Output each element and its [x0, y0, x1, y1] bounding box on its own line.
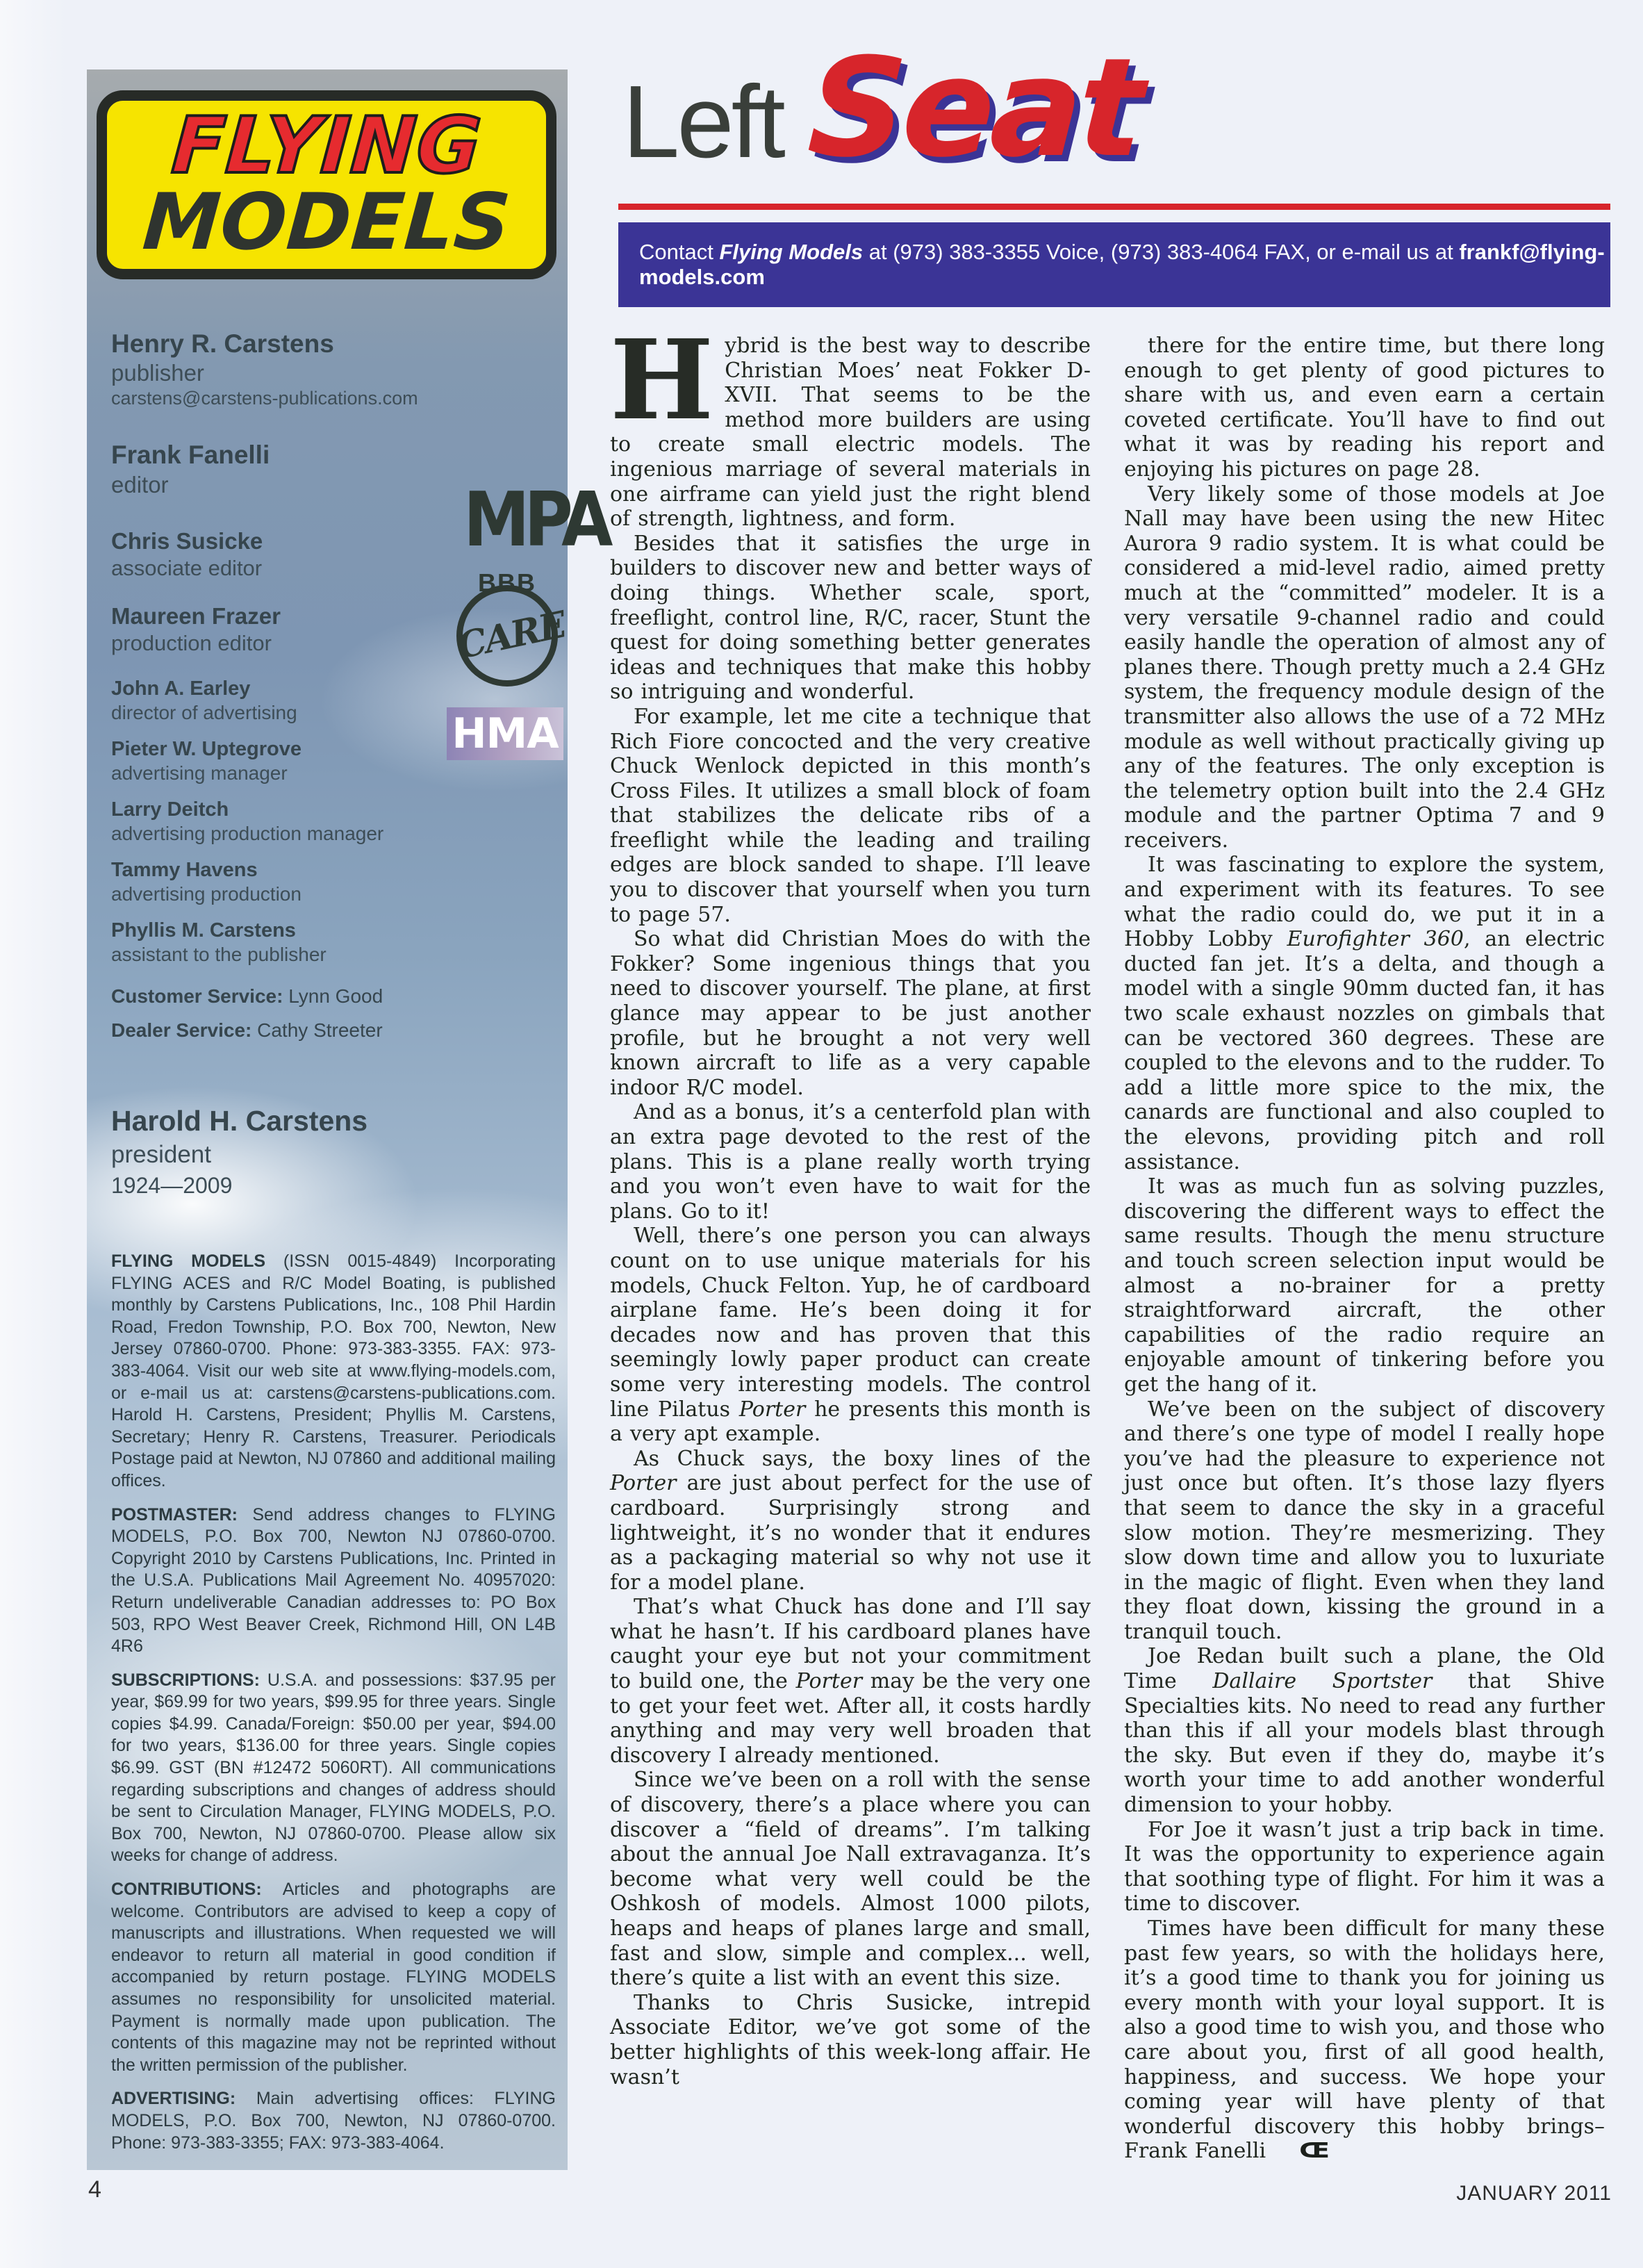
- service-line: Dealer Service: Cathy Streeter: [111, 1013, 459, 1047]
- issue-date: JANUARY 2011: [1456, 2182, 1612, 2205]
- staff-entry: Maureen Frazerproduction editor: [111, 602, 459, 656]
- staff-entry: John A. Earleydirector of advertising: [111, 677, 459, 725]
- fine-print-paragraph: ADVERTISING: Main advertising offices: F…: [111, 2088, 556, 2154]
- staff-name: Maureen Frazer: [111, 602, 459, 630]
- staff-role: director of advertising: [111, 701, 459, 725]
- contact-text-segment: at (973) 383-3355 Voice, (973) 383-4064 …: [863, 240, 1459, 264]
- article-paragraph: Very likely some of those models at Joe …: [1124, 482, 1605, 853]
- title-word-seat: Seat: [805, 40, 1143, 176]
- article-paragraph: Thanks to Chris Susicke, intrepid Associ…: [610, 1991, 1091, 2089]
- article-paragraph: Times have been difficult for many these…: [1124, 1916, 1605, 2164]
- fine-print-paragraph: POSTMASTER: Send address changes to FLYI…: [111, 1504, 556, 1658]
- fine-print: FLYING MODELS (ISSN 0015-4849) Incorpora…: [111, 1251, 556, 2166]
- staff-role: editor: [111, 471, 459, 499]
- mpa-logo-icon: MPA: [463, 482, 607, 557]
- president-years: 1924—2009: [111, 1171, 368, 1201]
- staff-entry: Frank Fanellieditor: [111, 439, 459, 498]
- president-name: Harold H. Carstens: [111, 1103, 368, 1139]
- staff-entry: Tammy Havensadvertising production: [111, 858, 459, 906]
- end-mark-icon: Œ: [1270, 2141, 1328, 2162]
- article-paragraph: For example, let me cite a technique tha…: [610, 705, 1091, 927]
- article-paragraph: For Joe it wasn’t just a trip back in ti…: [1124, 1818, 1605, 1916]
- article-paragraph: As Chuck says, the boxy lines of the Por…: [610, 1447, 1091, 1595]
- staff-name: Pieter W. Uptegrove: [111, 737, 459, 762]
- service-label: Customer Service:: [111, 985, 288, 1007]
- flying-models-logo: FLYING MODELS: [97, 90, 556, 279]
- staff-role: associate editor: [111, 555, 459, 581]
- red-divider-rule: [618, 204, 1610, 210]
- article-paragraph: Joe Redan built such a plane, the Old Ti…: [1124, 1644, 1605, 1817]
- service-label: Dealer Service:: [111, 1019, 257, 1041]
- fine-print-lead: SUBSCRIPTIONS:: [111, 1670, 260, 1690]
- fine-print-lead: CONTRIBUTIONS:: [111, 1880, 262, 1899]
- staff-name: Chris Susicke: [111, 527, 459, 555]
- article-col-1: Hybrid is the best way to describe Chris…: [610, 334, 1091, 2089]
- article-paragraph: Since we’ve been on a roll with the sens…: [610, 1768, 1091, 1990]
- fine-print-lead: ADVERTISING:: [111, 2089, 236, 2108]
- president-role: president: [111, 1139, 368, 1171]
- staff-entry: Henry R. Carstenspublishercarstens@carst…: [111, 328, 459, 410]
- article-paragraph: It was as much fun as solving puzzles, d…: [1124, 1174, 1605, 1397]
- article-col-2: there for the entire time, but there lon…: [1124, 334, 1605, 2164]
- title-word-left: Left: [622, 71, 783, 174]
- article-paragraph: It was fascinating to explore the system…: [1124, 853, 1605, 1174]
- service-name: Lynn Good: [288, 985, 383, 1007]
- staff-role: advertising manager: [111, 762, 459, 785]
- staff-role: production editor: [111, 630, 459, 656]
- staff-entry: Pieter W. Uptegroveadvertising manager: [111, 737, 459, 785]
- article-paragraph: Hybrid is the best way to describe Chris…: [610, 334, 1091, 532]
- page-number: 4: [88, 2176, 101, 2203]
- fine-print-lead: POSTMASTER:: [111, 1505, 238, 1525]
- staff-entry: Larry Deitchadvertising production manag…: [111, 798, 459, 846]
- staff-role: advertising production manager: [111, 822, 459, 846]
- fine-print-paragraph: SUBSCRIPTIONS: U.S.A. and possessions: $…: [111, 1670, 556, 1867]
- service-line: Customer Service: Lynn Good: [111, 979, 459, 1013]
- fine-print-paragraph: CONTRIBUTIONS: Articles and photographs …: [111, 1879, 556, 2076]
- article-paragraph: there for the entire time, but there lon…: [1124, 334, 1605, 482]
- logo-word-models: MODELS: [140, 185, 513, 261]
- staff-entry: Phyllis M. Carstensassistant to the publ…: [111, 919, 459, 967]
- contact-text-segment: Flying Models: [719, 240, 863, 264]
- article-paragraph: Besides that it satisfies the urge in bu…: [610, 532, 1091, 705]
- president-memorial: Harold H. Carstens president 1924—2009: [111, 1103, 368, 1201]
- masthead-sidebar: FLYING MODELS Henry R. Carstenspublisher…: [87, 69, 568, 2170]
- staff-role: advertising production: [111, 882, 459, 906]
- masthead-staff: Henry R. Carstenspublishercarstens@carst…: [111, 328, 459, 1047]
- article-paragraph: So what did Christian Moes do with the F…: [610, 927, 1091, 1100]
- staff-name: Phyllis M. Carstens: [111, 919, 459, 943]
- care-label: CARE: [454, 607, 568, 664]
- article-paragraph: We’ve been on the subject of discovery a…: [1124, 1397, 1605, 1645]
- staff-name: John A. Earley: [111, 677, 459, 701]
- service-name: Cathy Streeter: [257, 1019, 383, 1041]
- contact-bar: Contact Flying Models at (973) 383-3355 …: [618, 222, 1610, 307]
- fine-print-paragraph: FLYING MODELS (ISSN 0015-4849) Incorpora…: [111, 1251, 556, 1493]
- staff-email: carstens@carstens-publications.com: [111, 387, 459, 411]
- article-paragraph: Well, there’s one person you can always …: [610, 1224, 1091, 1446]
- staff-role: assistant to the publisher: [111, 943, 459, 967]
- drop-cap: H: [610, 340, 713, 421]
- contact-bar-text: Contact Flying Models at (973) 383-3355 …: [639, 240, 1610, 290]
- magazine-page: FLYING MODELS Henry R. Carstenspublisher…: [0, 0, 1643, 2268]
- hma-logo-icon: HMA: [447, 707, 563, 760]
- staff-name: Frank Fanelli: [111, 439, 459, 470]
- staff-role: publisher: [111, 359, 459, 387]
- bbb-label: BBB: [478, 570, 536, 595]
- logo-word-flying: FLYING: [170, 108, 484, 185]
- staff-name: Henry R. Carstens: [111, 328, 459, 359]
- staff-name: Larry Deitch: [111, 798, 459, 822]
- staff-entry: Chris Susickeassociate editor: [111, 527, 459, 581]
- fine-print-lead: FLYING MODELS: [111, 1251, 265, 1271]
- staff-name: Tammy Havens: [111, 858, 459, 882]
- contact-text-segment: Contact: [639, 240, 719, 264]
- bbb-care-logo-icon: BBB CARE: [456, 585, 558, 687]
- article-paragraph: That’s what Chuck has done and I’ll say …: [610, 1595, 1091, 1768]
- article-paragraph: And as a bonus, it’s a centerfold plan w…: [610, 1100, 1091, 1224]
